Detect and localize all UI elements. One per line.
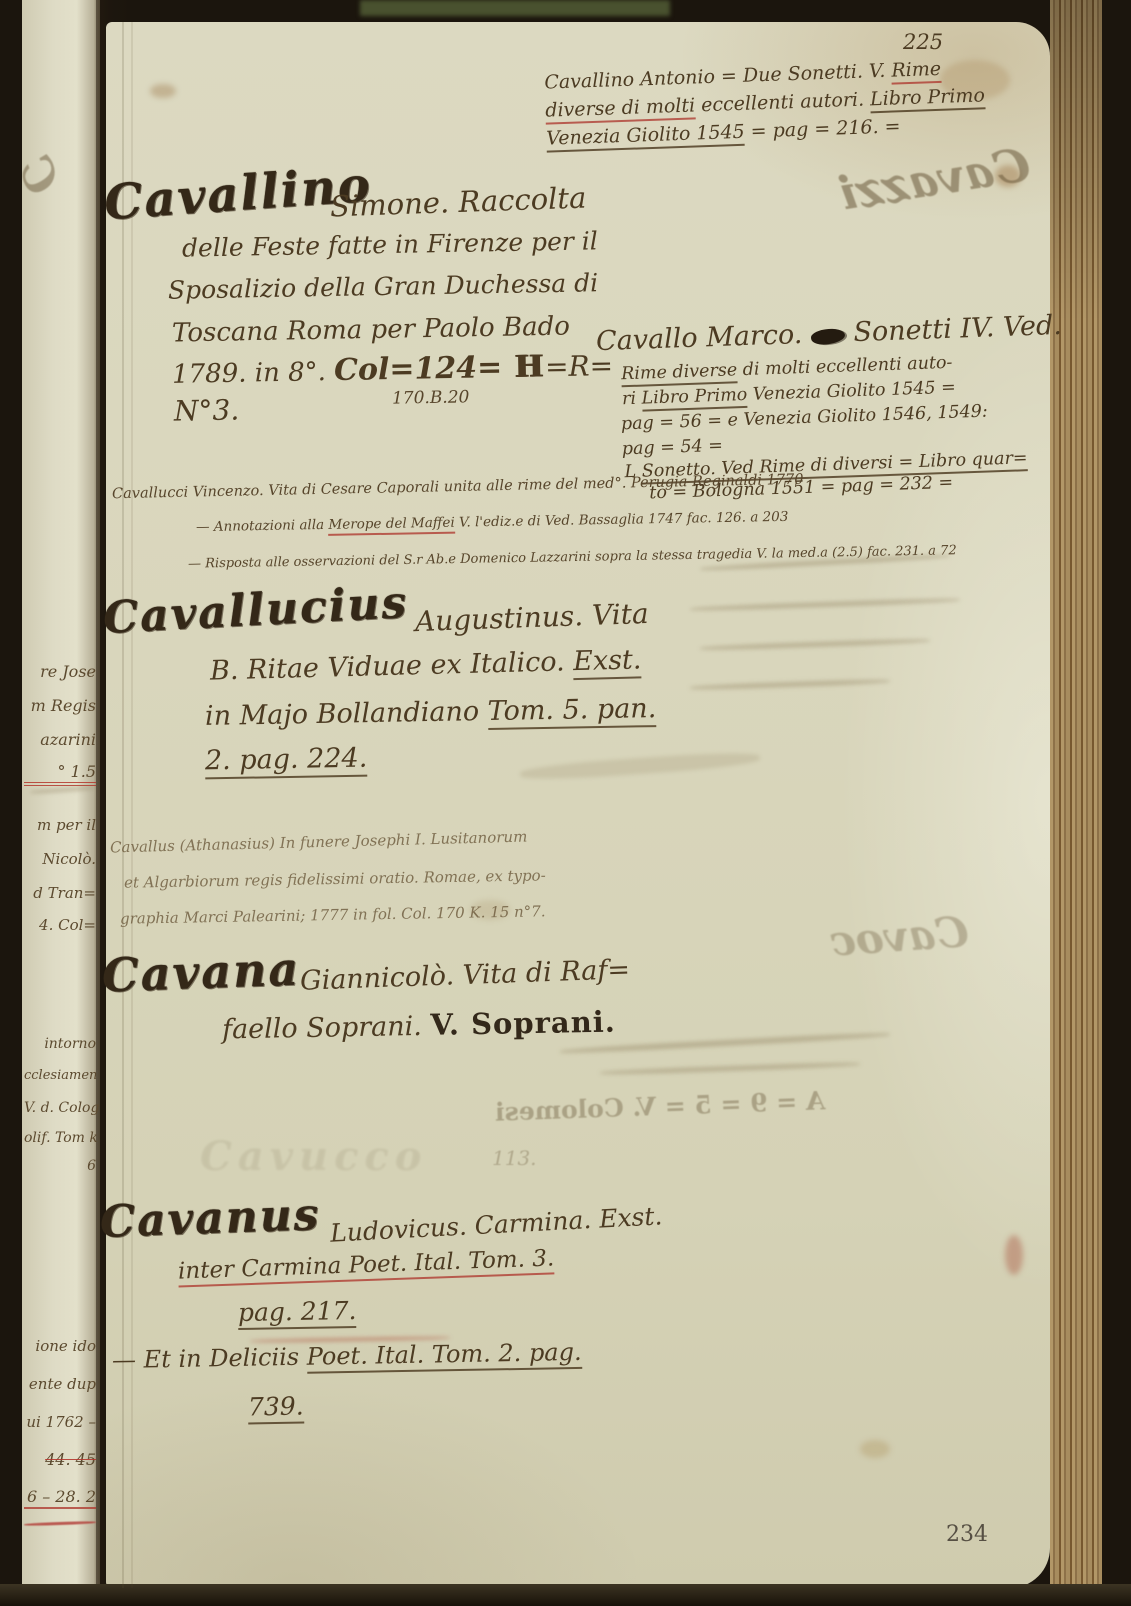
entry-cavana-heading: Cavana [101,942,301,1003]
stain [150,84,176,98]
facing-page-fragment: m Regis [24,696,96,715]
cross-reference: V. Soprani. [430,1005,616,1042]
facing-page-fragment: ente dup [24,1375,96,1393]
background-object [360,0,670,16]
entry-text: 1789. in 8°. [172,357,335,390]
entry-line: in Majo Bollandiano Tom. 5. pan. [205,693,657,732]
bleed-through-number: 113. [492,1146,537,1170]
facing-page-fragment: d Tran= [24,884,96,902]
book-fore-edge [1050,0,1102,1606]
entry-cavanus-heading: Cavanus [99,1189,321,1248]
entry-cavallino-antonio: Cavallino Antonio = Due Sonetti. V. Rime… [544,56,986,137]
entry-line: 2. pag. 224. [205,743,368,780]
facing-page-fragment: ione ido [24,1337,96,1355]
entry-text-underlined: Merope del Maffei [328,515,455,536]
facing-page-fragment: 6 – 28. 2 [24,1487,96,1509]
stain [860,1440,890,1458]
entry-text-underlined: Libro Primo [870,84,986,113]
facing-page-fragment: m per il [24,816,96,834]
facing-page-fragment: 4. Col= [24,916,96,934]
bleed-through-heading: Cavoc [828,907,970,966]
entry-text: Cavallo Marco. [596,319,812,357]
entry-text: — Et in Deliciis [112,1343,307,1374]
facing-page-fragment: 6 [24,1158,96,1174]
entry-text: ri [622,389,642,410]
folio-number-top: 225 [903,30,943,54]
entry-line: faello Soprani. V. Soprani. [222,1005,616,1046]
collocation: Col=124= [334,350,513,388]
entry-text-underlined: Exst. [573,644,642,680]
entry-text: in Majo Bollandiano [205,696,488,732]
manuscript-photo: Cavazzi Cavoc Cavucco A = 9 = 5 = V. Col… [0,0,1131,1606]
entry-text-underlined: Rime diverse [621,360,738,387]
facing-page-fragment: V. d. Colog [24,1100,96,1116]
shelfmark: 170.B.20 [392,387,470,408]
entry-line: N°3. [174,393,240,427]
entry-text: faello Soprani. [222,1011,431,1046]
facing-page-fragment: cclesiamen [24,1068,96,1083]
entry-text-underlined: diverse di molti [545,94,696,124]
entry-text: Sonetti IV. Ved. [844,310,1062,349]
facing-page-fragment: Nicolò. [24,850,96,868]
entry-text-underlined: Libro Primo [641,385,748,412]
facing-page-fragment: re Jose [24,662,96,681]
book-bottom-edge [0,1584,1131,1606]
entry-cavallo-marco: Cavallo Marco. Sonetti IV. Ved. Rime div… [596,310,1067,477]
entry-text-underlined: Poet. Ital. Tom. 2. pag. [306,1338,581,1374]
entry-line: 739. [248,1392,304,1425]
facing-page-edge [22,0,100,1606]
facing-page-fragment: olif. Tom k [24,1130,96,1146]
entry-text-underlined: Rime [891,58,941,85]
facing-page-fragment: ui 1762 – [24,1413,96,1431]
entry-text: Venezia Giolito 1545 = [747,378,956,405]
entry-text: eccellenti autori. [695,88,871,116]
facing-page-fragment: 44. 45 [24,1450,96,1469]
blackletter-H: H [512,349,545,385]
ink-blot [810,327,846,347]
facing-page-fragment: ° 1.5 [24,762,96,786]
bleed-through-heading: Cavucco [200,1133,427,1180]
facing-page-fragment: intorno [24,1036,96,1052]
folio-number-bottom: 234 [946,1522,988,1547]
entry-text-underlined: Tom. 5. pan. [487,693,656,730]
entry-text: — Annotazioni alla [196,517,329,535]
red-edge-mark [1005,1235,1023,1275]
entry-text: di molti eccellenti auto- [737,353,953,381]
facing-page-fragment: azarini [24,730,96,749]
entry-line: pag. 217. [238,1296,357,1330]
